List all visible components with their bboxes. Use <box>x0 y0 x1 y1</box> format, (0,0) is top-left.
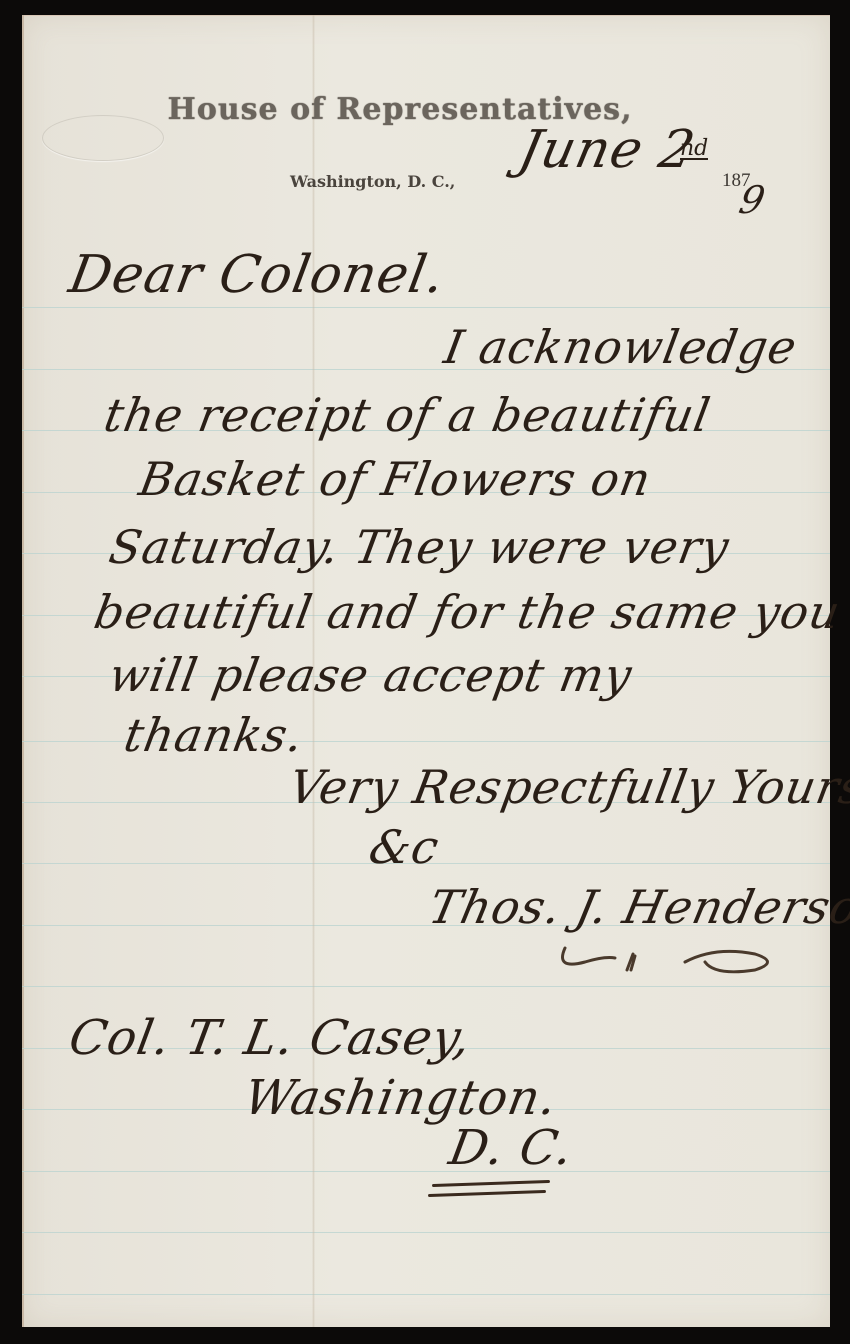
embossed-seal <box>42 115 164 161</box>
address-line-3: D. C. <box>445 1120 577 1176</box>
body-line-1: I acknowledge <box>440 320 801 374</box>
signature: Thos. J. Henderson. <box>424 880 850 934</box>
body-line-5: beautiful and for the same you <box>90 585 845 639</box>
ruled-line <box>22 307 830 308</box>
ruled-line <box>22 1171 830 1172</box>
paper-left-edge <box>22 15 24 1327</box>
signature-flourish <box>545 940 785 980</box>
address-line-2: Washington. <box>240 1070 562 1126</box>
salutation: Dear Colonel. <box>65 245 450 305</box>
body-line-3: Basket of Flowers on <box>135 452 655 506</box>
body-line-4: Saturday. They were very <box>105 520 733 574</box>
address-line-1: Col. T. L. Casey, <box>65 1010 476 1066</box>
letterhead-place: Washington, D. C., <box>290 172 455 191</box>
date-month-day: June 2 <box>514 120 701 180</box>
closing-line-1: Very Respectfully Yours <box>285 760 850 814</box>
ruled-line <box>22 986 830 987</box>
body-line-6: will please accept my <box>105 648 636 702</box>
ruled-line <box>22 1232 830 1233</box>
closing-line-2: &c <box>365 820 443 874</box>
date-day-suffix: nd <box>680 140 708 160</box>
body-line-2: the receipt of a beautiful <box>100 388 715 442</box>
body-line-7: thanks. <box>120 708 308 762</box>
paper-top-edge <box>22 15 830 16</box>
ruled-line <box>22 1294 830 1295</box>
